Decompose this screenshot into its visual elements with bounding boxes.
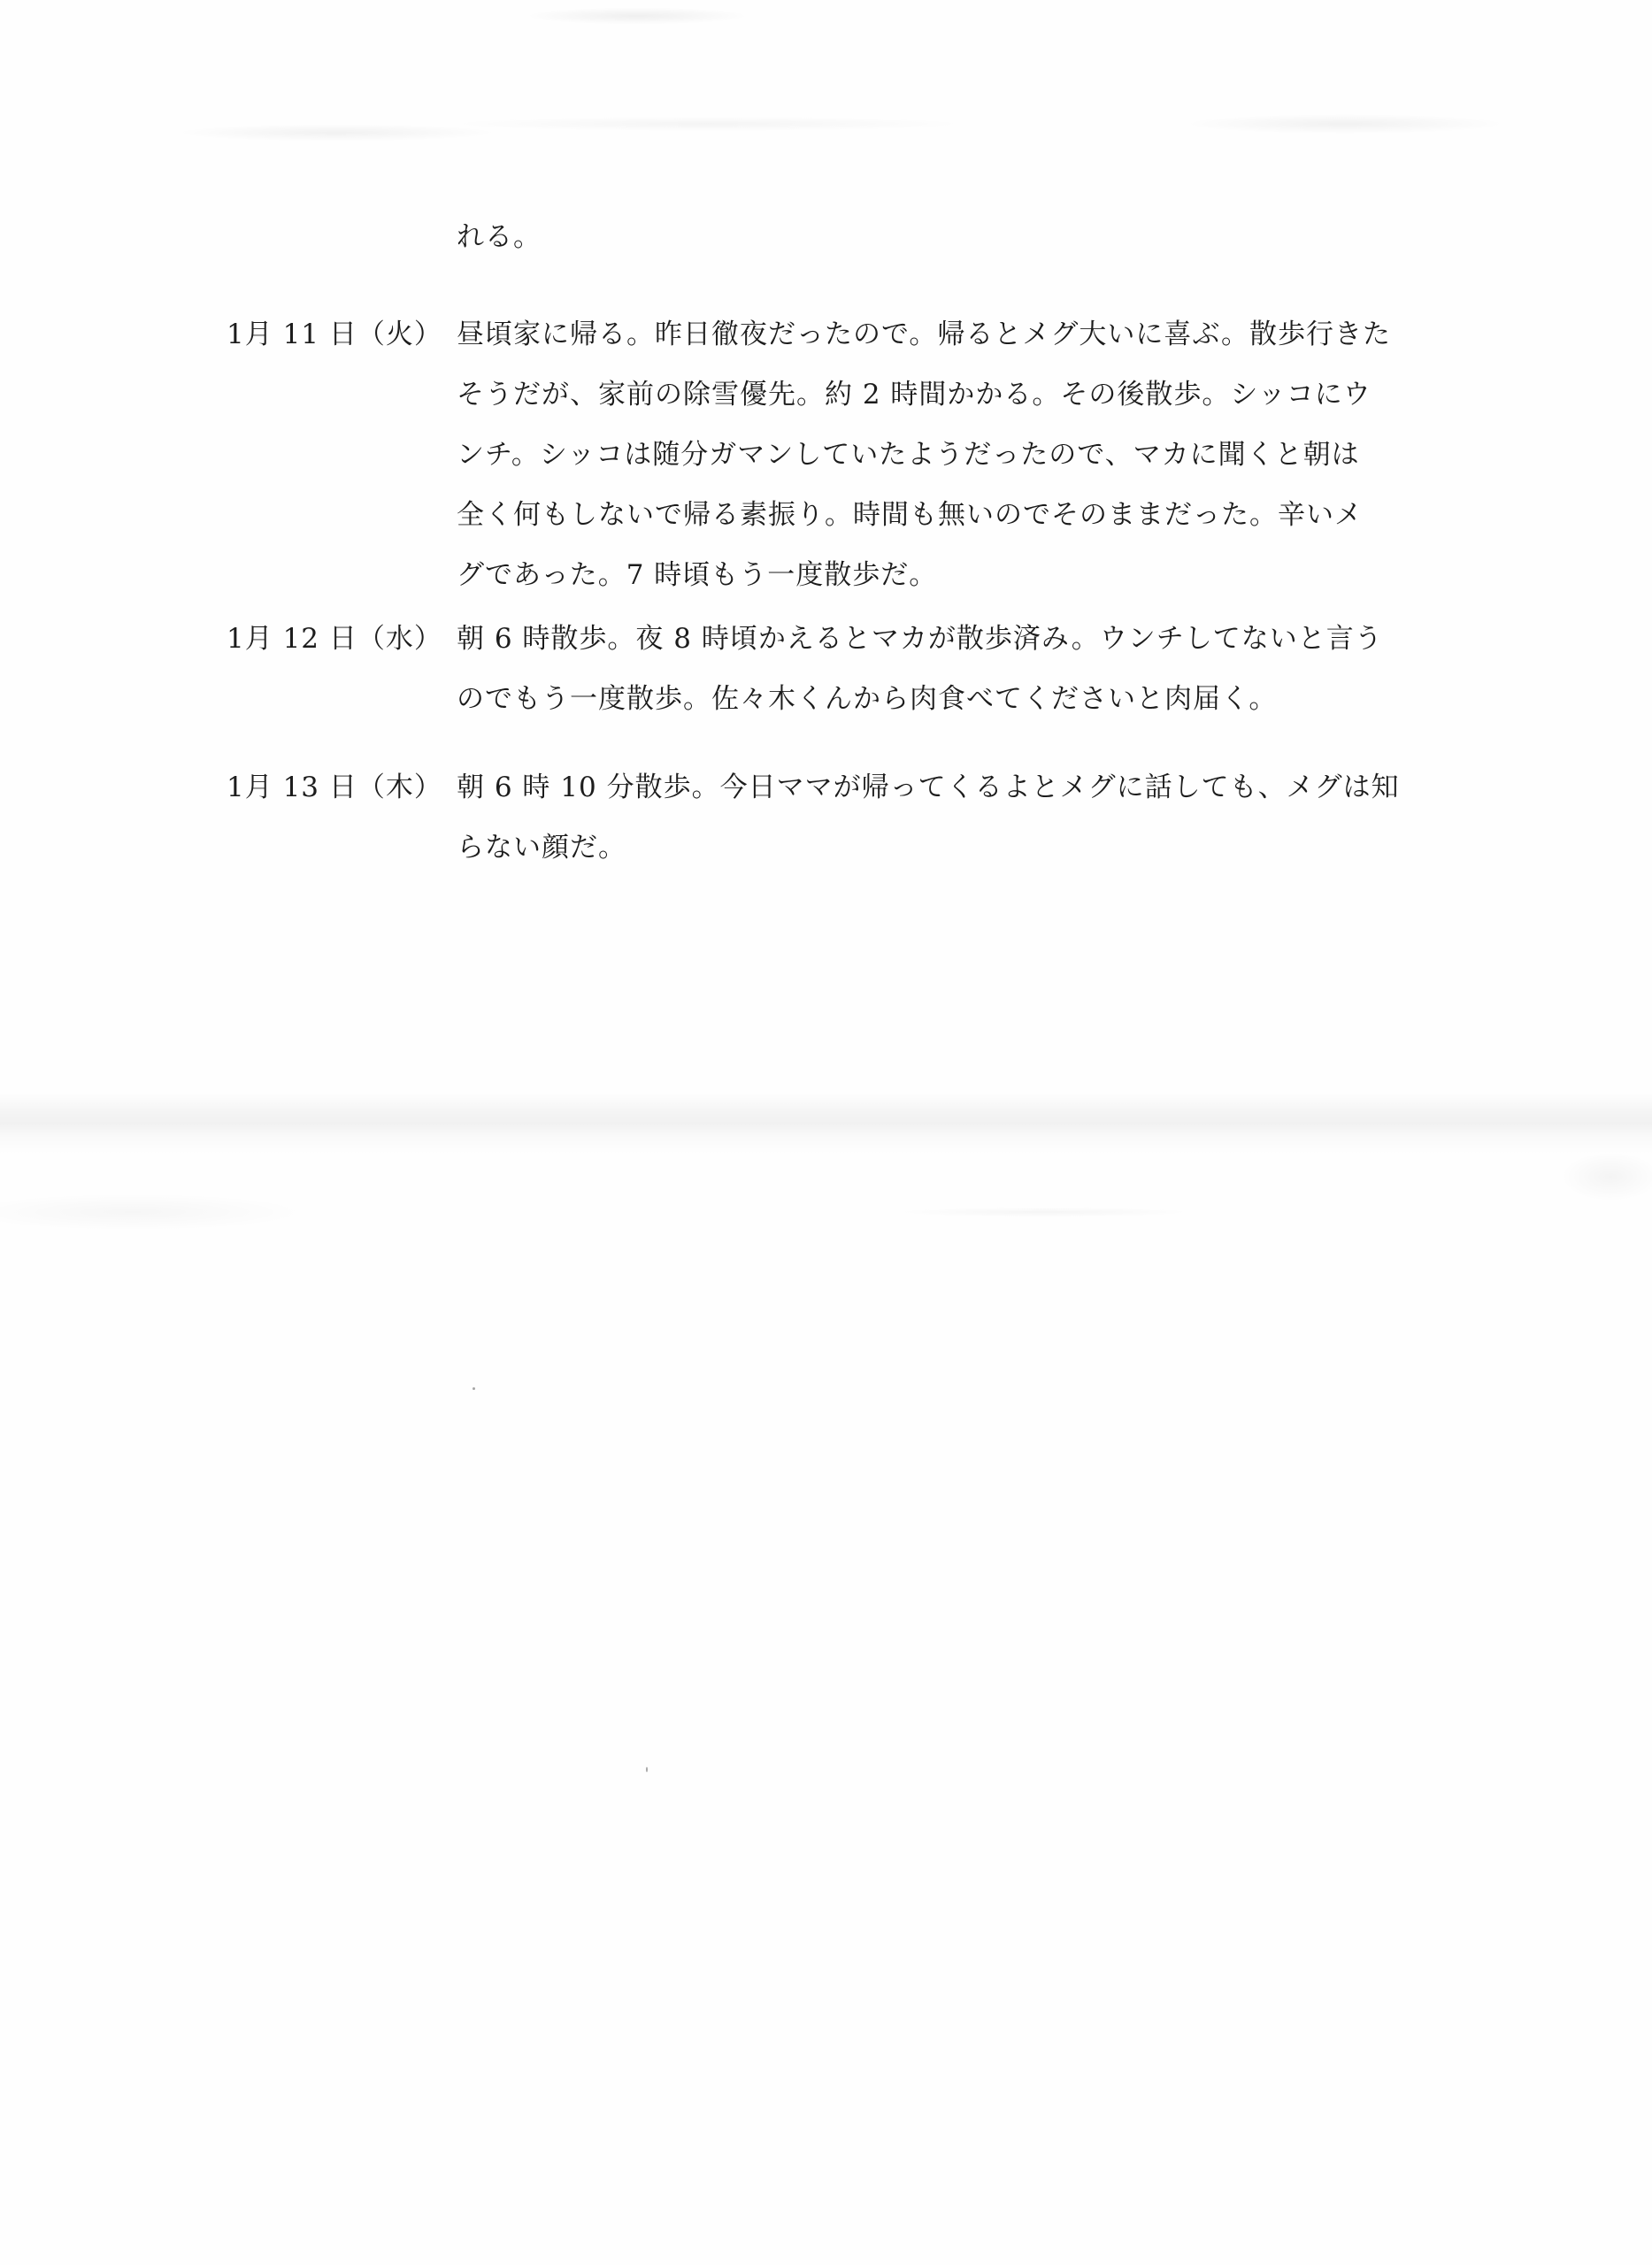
paper-speck — [473, 1387, 475, 1390]
entry-line: のでもう一度散歩。佐々木くんから肉食べてくださいと肉届く。 — [457, 681, 1277, 717]
entry-date: 1月 13 日（木） — [227, 770, 442, 805]
entry-date: 1月 12 日（水） — [227, 621, 442, 656]
entry-line: ンチ。シッコは随分ガマンしていたようだったので、マカに聞くと朝は — [457, 437, 1360, 472]
entry-line: 朝 6 時 10 分散歩。今日ママが帰ってくるよとメグに話しても、メグは知 — [457, 770, 1400, 805]
entry-line: 昼頃家に帰る。昨日徹夜だったので。帰るとメグ大いに喜ぶ。散歩行きた — [457, 317, 1391, 352]
entry-line: 朝 6 時散歩。夜 8 時頃かえるとマカが散歩済み。ウンチしてないと言う — [457, 621, 1383, 656]
entry-line: グであった。7 時頃もう一度散歩だ。 — [457, 557, 937, 593]
entry-line: そうだが、家前の除雪優先。約 2 時間かかる。その後散歩。シッコにウ — [457, 377, 1372, 412]
paper-speck — [646, 1767, 648, 1772]
entry-line: らない顔だ。 — [457, 830, 626, 865]
entry-date: 1月 11 日（火） — [227, 317, 442, 352]
entry-line: 全く何もしないで帰る素振り。時間も無いのでそのままだった。辛いメ — [457, 497, 1363, 533]
continuation-line: れる。 — [457, 219, 542, 255]
